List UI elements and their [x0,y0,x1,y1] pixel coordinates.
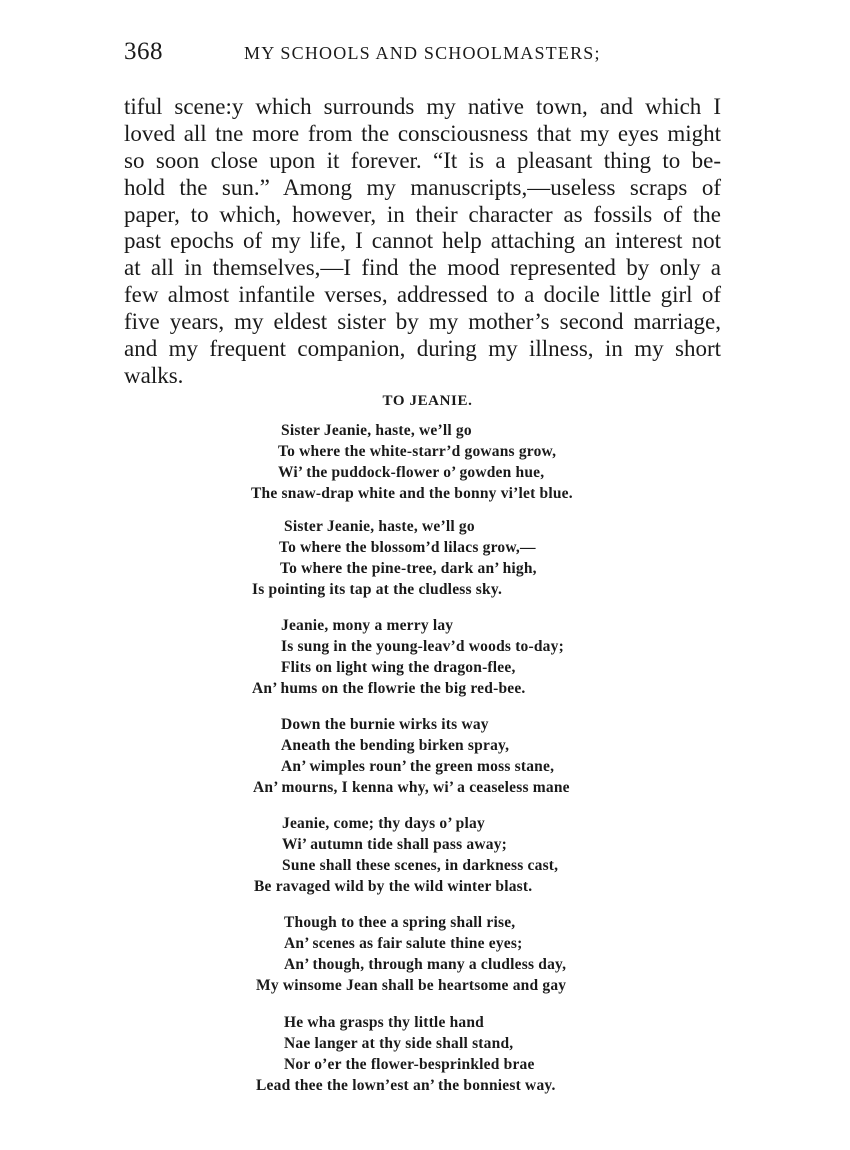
verse-line: Wi’ the puddock-flower o’ gowden hue, [278,463,544,483]
verse-line: An’ wimples roun’ the green moss stane, [281,757,554,777]
verse-line: Jeanie, come; thy days o’ play [282,814,485,834]
prose-line: five years, my eldest sister by my mothe… [124,309,721,336]
verse-line: He wha grasps thy little hand [284,1013,484,1033]
verse-line: Is sung in the young-leav’d woods to-day… [281,637,564,657]
prose-line: hold the sun.” Among my manuscripts,—use… [124,175,721,202]
verse-line: My winsome Jean shall be heartsome and g… [256,976,566,996]
page-number: 368 [124,38,163,66]
verse-line: Sune shall these scenes, in darkness cas… [282,856,558,876]
verse-line: Wi’ autumn tide shall pass away; [282,835,507,855]
prose-paragraph: tiful scene:y which surrounds my native … [124,94,721,390]
verse-line: Nae langer at thy side shall stand, [284,1034,513,1054]
prose-line: tiful scene:y which surrounds my native … [124,94,721,121]
verse-line: Is pointing its tap at the cludless sky. [252,580,502,600]
prose-line: past epochs of my life, I cannot help at… [124,228,721,255]
verse-line: Lead thee the lown’est an’ the bonniest … [256,1076,556,1096]
verse-line: To where the white-starr’d gowans grow, [278,442,556,462]
verse-line: The snaw-drap white and the bonny vi’let… [251,484,573,504]
prose-line: loved all tne more from the consciousnes… [124,121,721,148]
prose-line: few almost infantile verses, addressed t… [124,282,721,309]
verse-line: To where the pine-tree, dark an’ high, [280,559,537,579]
verse-line: Down the burnie wirks its way [281,715,489,735]
prose-line: at all in themselves,—I find the mood re… [124,255,721,282]
poem-title: TO JEANIE. [0,393,850,410]
verse-line: An’ hums on the flowrie the big red-bee. [252,679,526,699]
verse-line: Aneath the bending birken spray, [281,736,509,756]
book-page: 368 MY SCHOOLS AND SCHOOLMASTERS; tiful … [0,0,850,1150]
verse-line: Though to thee a spring shall rise, [284,913,515,933]
verse-line: To where the blossom’d lilacs grow,— [279,538,536,558]
verse-line: Sister Jeanie, haste, we’ll go [284,517,475,537]
verse-line: An’ scenes as fair salute thine eyes; [284,934,522,954]
verse-line: An’ mourns, I kenna why, wi’ a ceaseless… [253,778,570,798]
prose-line: so soon close upon it forever. “It is a … [124,148,721,175]
verse-line: An’ though, through many a cludless day, [284,955,566,975]
running-head: 368 MY SCHOOLS AND SCHOOLMASTERS; [124,38,724,68]
running-title: MY SCHOOLS AND SCHOOLMASTERS; [244,43,601,64]
prose-line: and my frequent companion, during my ill… [124,336,721,363]
verse-line: Nor o’er the flower-besprinkled brae [284,1055,535,1075]
prose-line: paper, to which, however, in their chara… [124,202,721,229]
verse-line: Be ravaged wild by the wild winter blast… [254,877,532,897]
verse-line: Jeanie, mony a merry lay [281,616,453,636]
prose-line: walks. [124,363,721,390]
verse-line: Flits on light wing the dragon-flee, [281,658,516,678]
verse-line: Sister Jeanie, haste, we’ll go [281,421,472,441]
